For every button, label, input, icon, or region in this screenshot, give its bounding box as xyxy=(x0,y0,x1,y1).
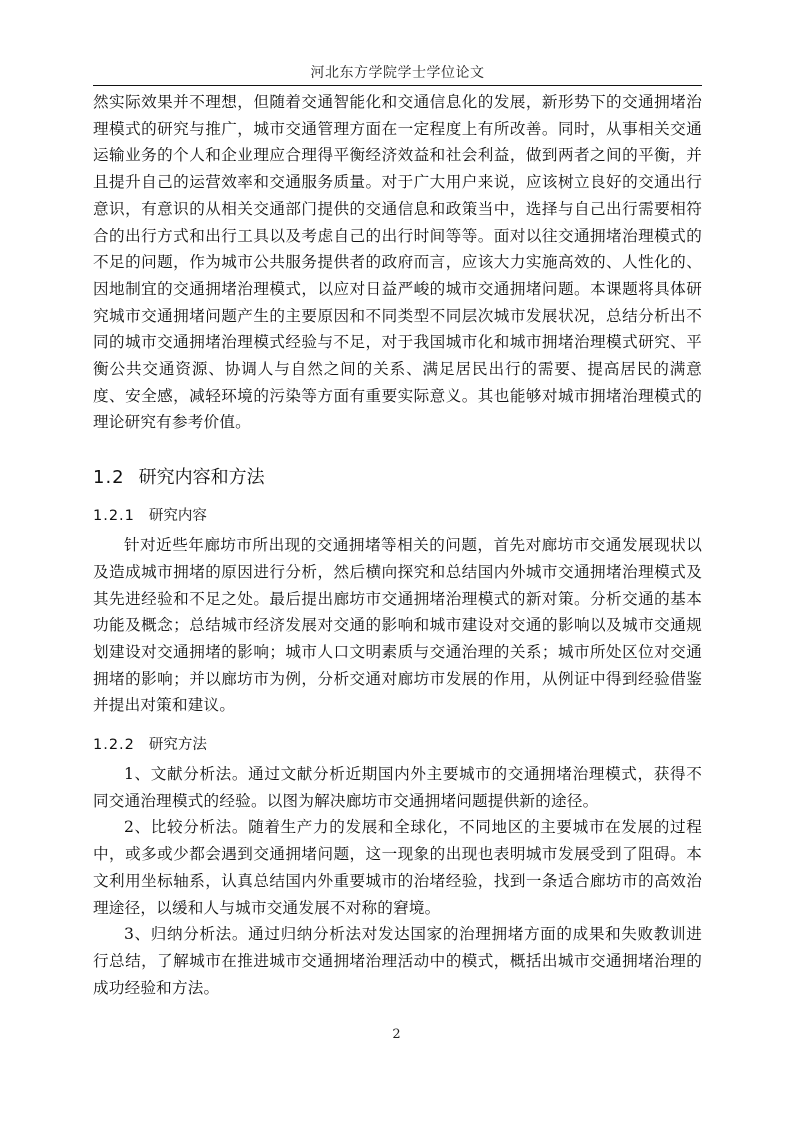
subsection-heading-1-2-1: 1.2.1研究内容 xyxy=(93,500,702,532)
subsection-number: 1.2.1 xyxy=(93,500,135,532)
method-item-literature: 1、文献分析法。通过文献分析近期国内外主要城市的交通拥堵治理模式，获得不同交通治… xyxy=(93,761,702,814)
subsection-title: 研究方法 xyxy=(149,737,207,753)
running-header: 河北东方学院学士学位论文 xyxy=(93,62,702,82)
section-title: 研究内容和方法 xyxy=(139,467,265,488)
section-number: 1.2 xyxy=(93,462,125,494)
subsection-title: 研究内容 xyxy=(149,508,207,524)
header-rule xyxy=(93,85,702,86)
paragraph-continued: 然实际效果并不理想，但随着交通智能化和交通信息化的发展，新形势下的交通拥堵治理模… xyxy=(93,89,702,436)
subsection-heading-1-2-2: 1.2.2研究方法 xyxy=(93,729,702,761)
method-item-induction: 3、归纳分析法。通过归纳分析法对发达国家的治理拥堵方面的成果和失败教训进行总结，… xyxy=(93,921,702,1001)
page-number: 2 xyxy=(0,1027,793,1042)
paragraph-research-content: 针对近些年廊坊市所出现的交通拥堵等相关的问题，首先对廊坊市交通发展现状以及造成城… xyxy=(93,532,702,719)
method-item-comparison: 2、比较分析法。随着生产力的发展和全球化，不同地区的主要城市在发展的过程中，或多… xyxy=(93,814,702,921)
section-heading-1-2: 1.2研究内容和方法 xyxy=(93,462,702,494)
subsection-number: 1.2.2 xyxy=(93,729,135,761)
page-body: 然实际效果并不理想，但随着交通智能化和交通信息化的发展，新形势下的交通拥堵治理模… xyxy=(93,89,702,1001)
